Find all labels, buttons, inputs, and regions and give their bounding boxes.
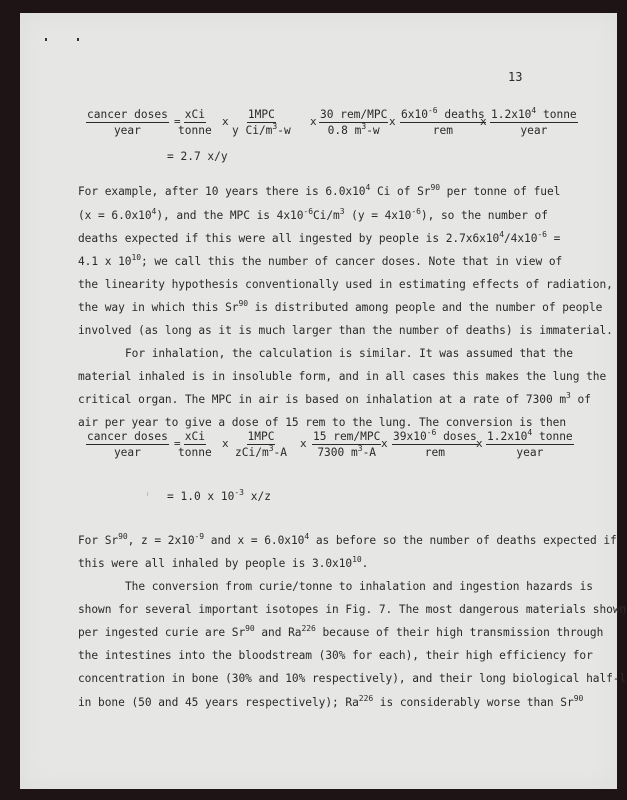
fraction-term: 1.2x104 tonne year bbox=[486, 430, 574, 459]
fraction-lhs: cancer doses year bbox=[86, 430, 169, 459]
fraction-term: 1.2x104 tonne year bbox=[490, 108, 578, 137]
document-page: 13 cancer doses year = xCi tonne x 1MPC … bbox=[20, 13, 617, 789]
fraction-term: 15 rem/MPC 7300 m3-A bbox=[312, 430, 381, 459]
fraction-lhs: cancer doses year bbox=[86, 108, 169, 137]
page-number: 13 bbox=[508, 70, 522, 84]
fraction-term: xCi tonne bbox=[178, 108, 212, 137]
scan-mark bbox=[77, 38, 79, 41]
fraction-term: 30 rem/MPC 0.8 m3-w bbox=[319, 108, 388, 137]
fraction-term: 1MPC y Ci/m3-w bbox=[232, 108, 291, 137]
equation-result: = 1.0 x 10-3 x/z bbox=[167, 490, 271, 503]
scan-mark bbox=[45, 38, 47, 41]
fraction-term: 1MPC zCi/m3-A bbox=[235, 430, 287, 459]
equation-result: = 2.7 x/y bbox=[167, 150, 228, 163]
fraction-term: xCi tonne bbox=[178, 430, 212, 459]
fraction-term: 39x10-6 doses rem bbox=[392, 430, 478, 459]
scan-mark bbox=[147, 492, 148, 496]
fraction-term: 6x10-6 deaths rem bbox=[400, 108, 486, 137]
